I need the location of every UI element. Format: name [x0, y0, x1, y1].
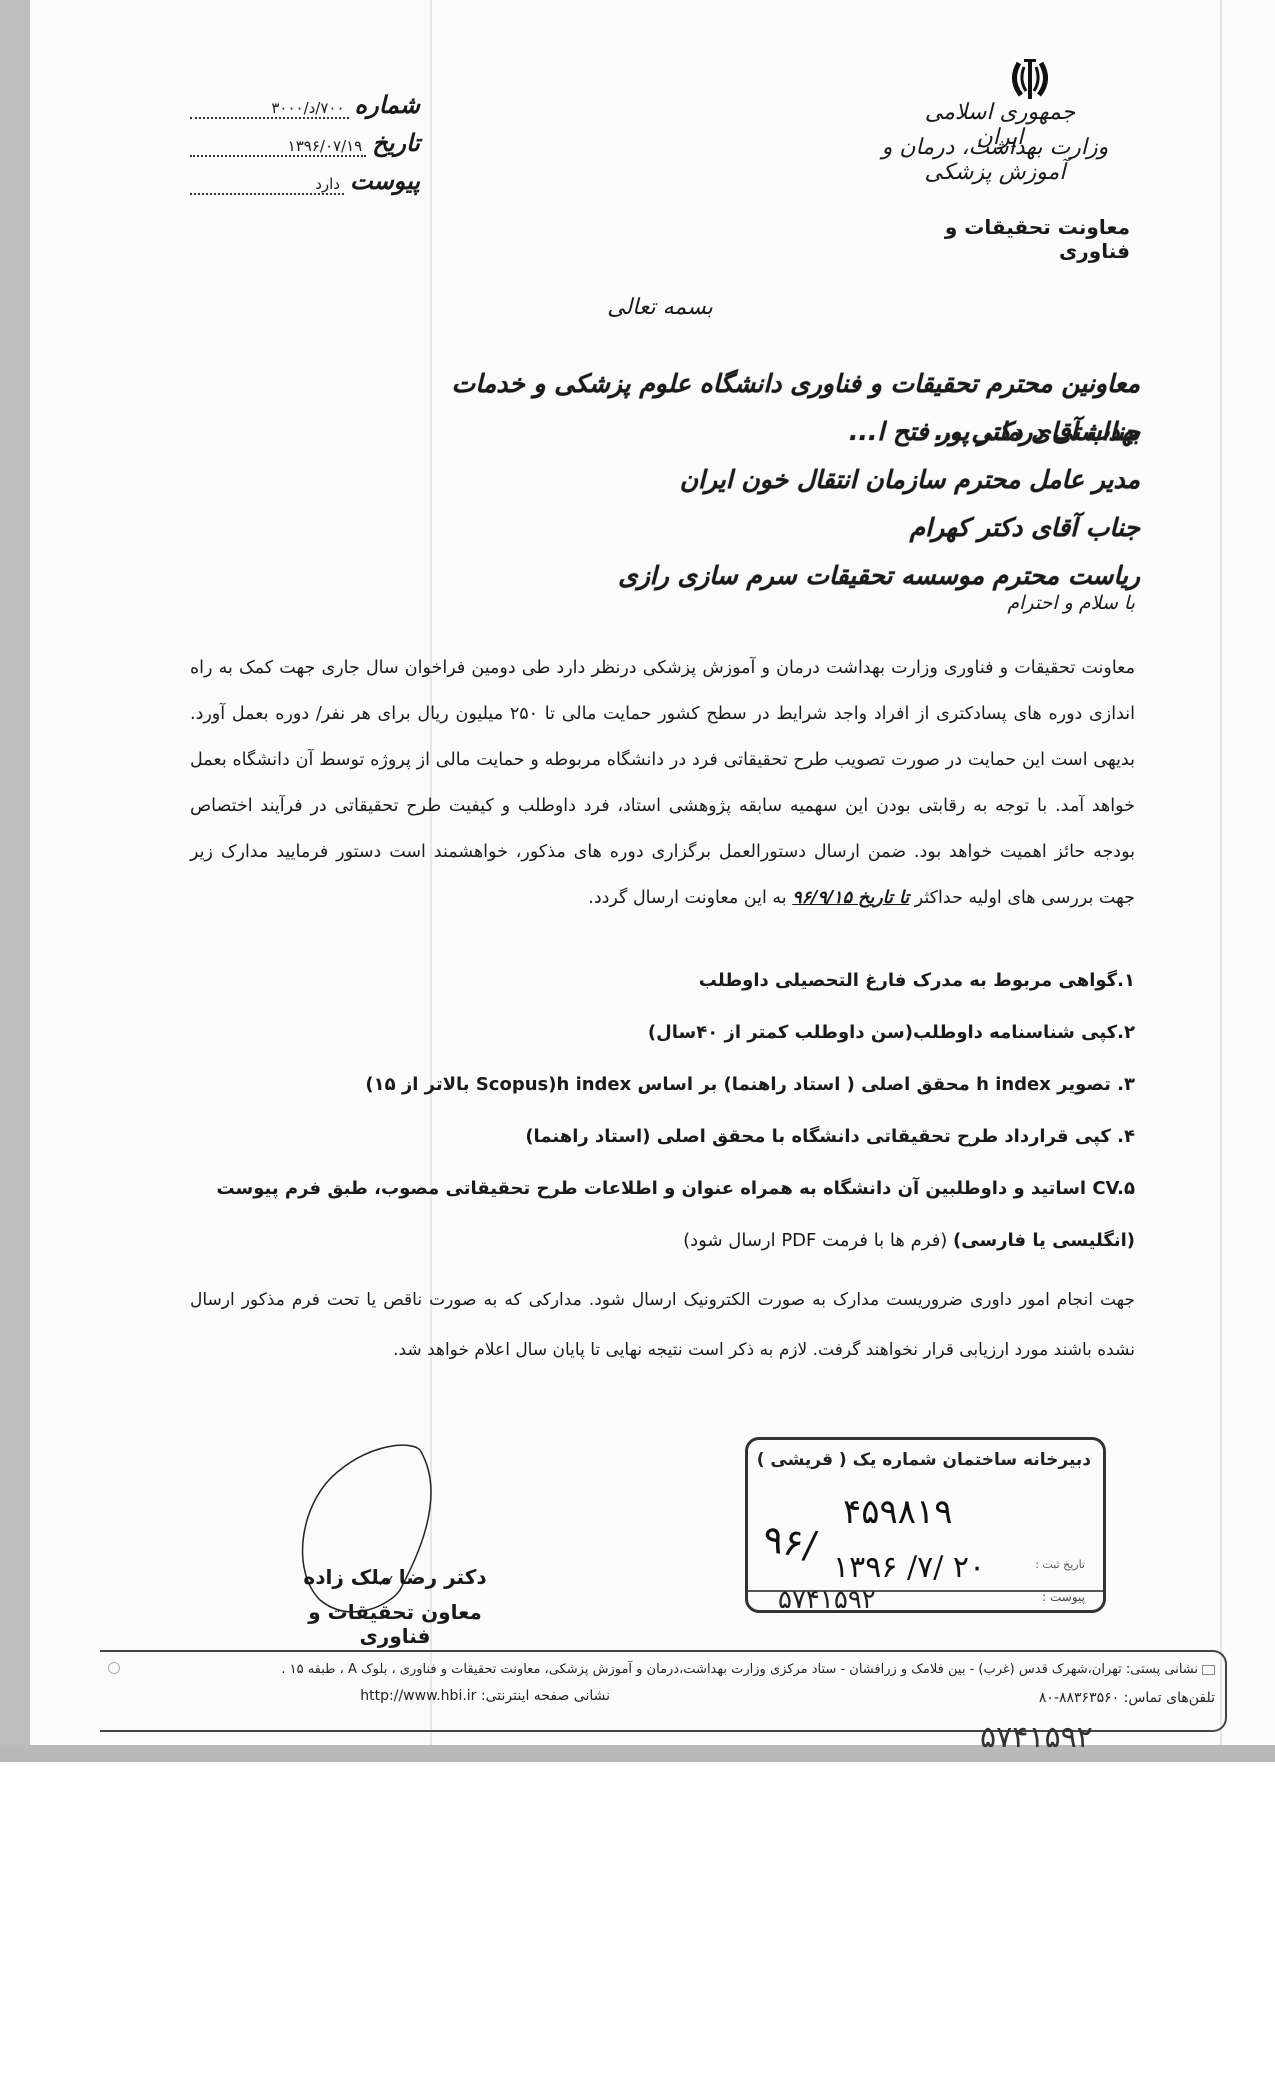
attachment-label: پیوست [350, 166, 420, 195]
letter-meta: شماره ۷۰۰/د/۳۰۰۰ تاریخ ۱۳۹۶/۰۷/۱۹ پیوست … [190, 90, 420, 204]
stamp-prefix: ۹۶/ [760, 1516, 819, 1567]
requirement-item: CV.۵ اساتید و داوطلبین آن دانشگاه به همر… [190, 1163, 1135, 1215]
letterhead-deputy: معاونت تحقیقات و فناوری [880, 215, 1130, 263]
signer-title: معاون تحقیقات و فناوری [280, 1600, 510, 1648]
recipient-line: جناب آقای دکتر کهرام [360, 504, 1140, 552]
requirement-continuation: (انگلیسی یا فارسی) (فرم ها با فرمت PDF ا… [190, 1215, 1135, 1267]
recipient-line: معاونین محترم تحقیقات و فناوری دانشگاه ع… [360, 360, 1140, 408]
requirement-item: ۴. کپی قرارداد طرح تحقیقاتی دانشگاه با م… [190, 1111, 1135, 1163]
meta-attachment-row: پیوست دارد [190, 166, 420, 204]
recipient-line: جناب آقای دکتر پور فتح ا... [360, 408, 1140, 456]
requirement-item: ۳. تصویر h index محقق اصلی ( استاد راهنم… [190, 1059, 1135, 1111]
iran-emblem-icon [1005, 55, 1055, 105]
fold-line [1220, 0, 1222, 1745]
footer-website: نشانی صفحه اینترنتی: http://www.hbi.ir [360, 1688, 610, 1704]
signature-scribble-icon [290, 1440, 440, 1620]
requirements-list: ۱.گواهی مربوط به مدرک فارغ التحصیلی داوط… [190, 955, 1135, 1267]
attachment-value: دارد [190, 175, 344, 195]
stamp-bottom-number: ۵۷۴۱۵۹۲ [778, 1585, 876, 1615]
number-label: شماره [355, 90, 420, 119]
stamp-attachment-label: پیوست : [1042, 1590, 1085, 1604]
basmala: بسمه تعالی [560, 295, 760, 320]
stamp-date: ۱۳۹۶ /۷/ ۲۰ [833, 1550, 985, 1585]
handwritten-number: ۵۷۴۱۵۹۲ [980, 1720, 1093, 1755]
envelope-icon [1202, 1665, 1215, 1675]
website-link[interactable]: http://www.hbi.ir [360, 1688, 476, 1704]
requirement-item: ۲.کپی شناسنامه داوطلب(سن داوطلب کمتر از … [190, 1007, 1135, 1059]
recipient-line: مدیر عامل محترم سازمان انتقال خون ایران [360, 456, 1140, 504]
closing-paragraph: جهت انجام امور داوری ضروریست مدارک به صو… [190, 1275, 1135, 1375]
meta-number-row: شماره ۷۰۰/د/۳۰۰۰ [190, 90, 420, 128]
corner-decoration-icon [108, 1662, 120, 1674]
phone-label: تلفن‌های تماس: [1124, 1690, 1215, 1706]
footer-phone: تلفن‌های تماس: ۸۸۳۶۳۵۶۰-۸۰ [1039, 1690, 1215, 1706]
greeting: با سلام و احترام [850, 592, 1135, 614]
number-value: ۷۰۰/د/۳۰۰۰ [190, 99, 349, 119]
body-text: معاونت تحقیقات و فناوری وزارت بهداشت درم… [190, 658, 1135, 908]
body-paragraph: معاونت تحقیقات و فناوری وزارت بهداشت درم… [190, 645, 1135, 921]
website-label: نشانی صفحه اینترنتی: [481, 1688, 610, 1704]
scan-left-edge [0, 0, 30, 1762]
requirement-continuation-bold: (انگلیسی یا فارسی) [953, 1230, 1135, 1251]
footer-address: نشانی پستی: تهران،شهرک قدس (غرب) - بین ف… [281, 1662, 1215, 1677]
phone-number: ۸۸۳۶۳۵۶۰-۸۰ [1039, 1690, 1119, 1706]
stamp-number: ۴۵۹۸۱۹ [843, 1492, 953, 1532]
requirement-continuation-plain: (فرم ها با فرمت PDF ارسال شود) [683, 1230, 953, 1251]
date-value: ۱۳۹۶/۰۷/۱۹ [190, 137, 366, 157]
recipients: معاونین محترم تحقیقات و فناوری دانشگاه ع… [360, 360, 1140, 600]
stamp-date-label: تاریخ ثبت : [1035, 1558, 1085, 1571]
stamp-header: دبیرخانه ساختمان شماره یک ( قریشی ) [757, 1450, 1091, 1470]
footer-address-text: نشانی پستی: تهران،شهرک قدس (غرب) - بین ف… [281, 1662, 1198, 1677]
date-label: تاریخ [372, 128, 420, 157]
signer-name: دکتر رضا ملک زاده [290, 1565, 500, 1589]
requirement-item: ۱.گواهی مربوط به مدرک فارغ التحصیلی داوط… [190, 955, 1135, 1007]
registration-stamp: دبیرخانه ساختمان شماره یک ( قریشی ) ۴۵۹۸… [745, 1437, 1106, 1613]
deadline-date: تا تاریخ ۹۶/۹/۱۵ [792, 888, 909, 908]
meta-date-row: تاریخ ۱۳۹۶/۰۷/۱۹ [190, 128, 420, 166]
body-text-end: به این معاونت ارسال گردد. [588, 888, 792, 908]
letterhead-ministry: وزارت بهداشت، درمان و آموزش پزشکی [880, 135, 1110, 185]
